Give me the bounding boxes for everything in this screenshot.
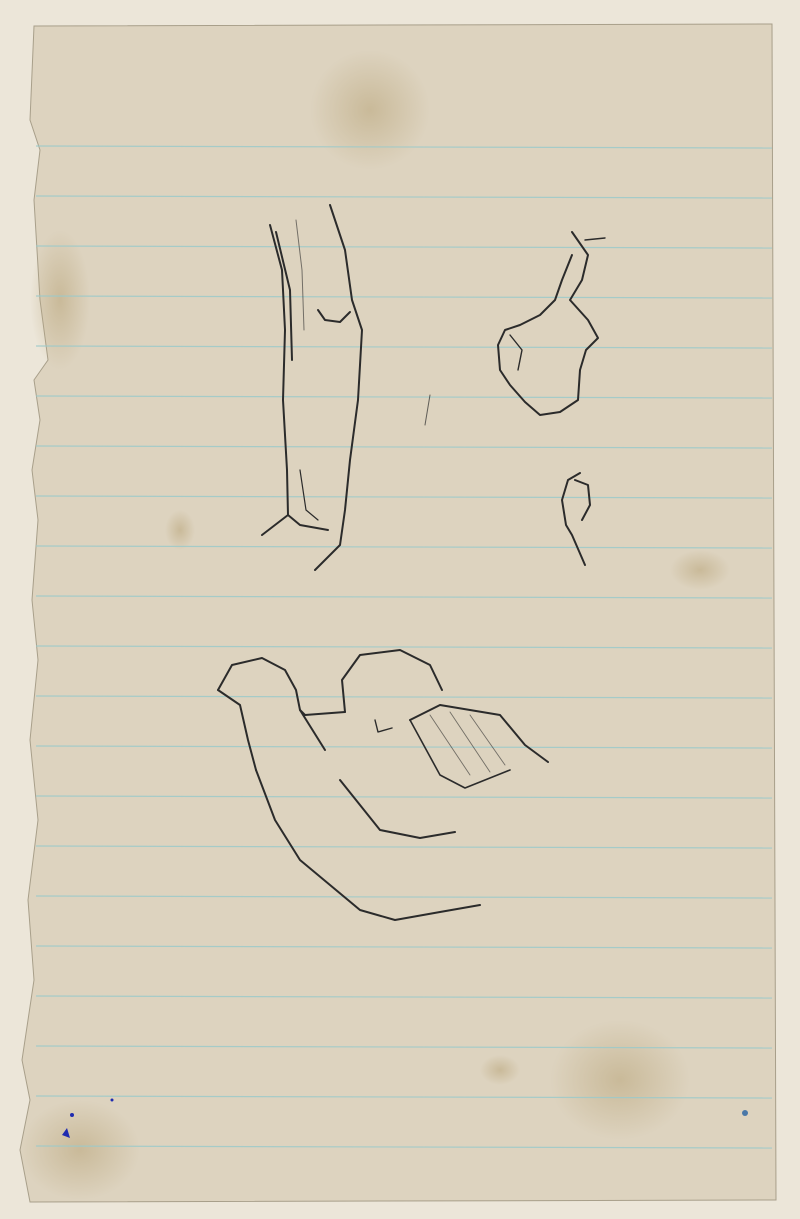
sketch-sheet <box>0 0 800 1219</box>
paper <box>20 24 776 1202</box>
sketch-illustration <box>0 0 800 1219</box>
